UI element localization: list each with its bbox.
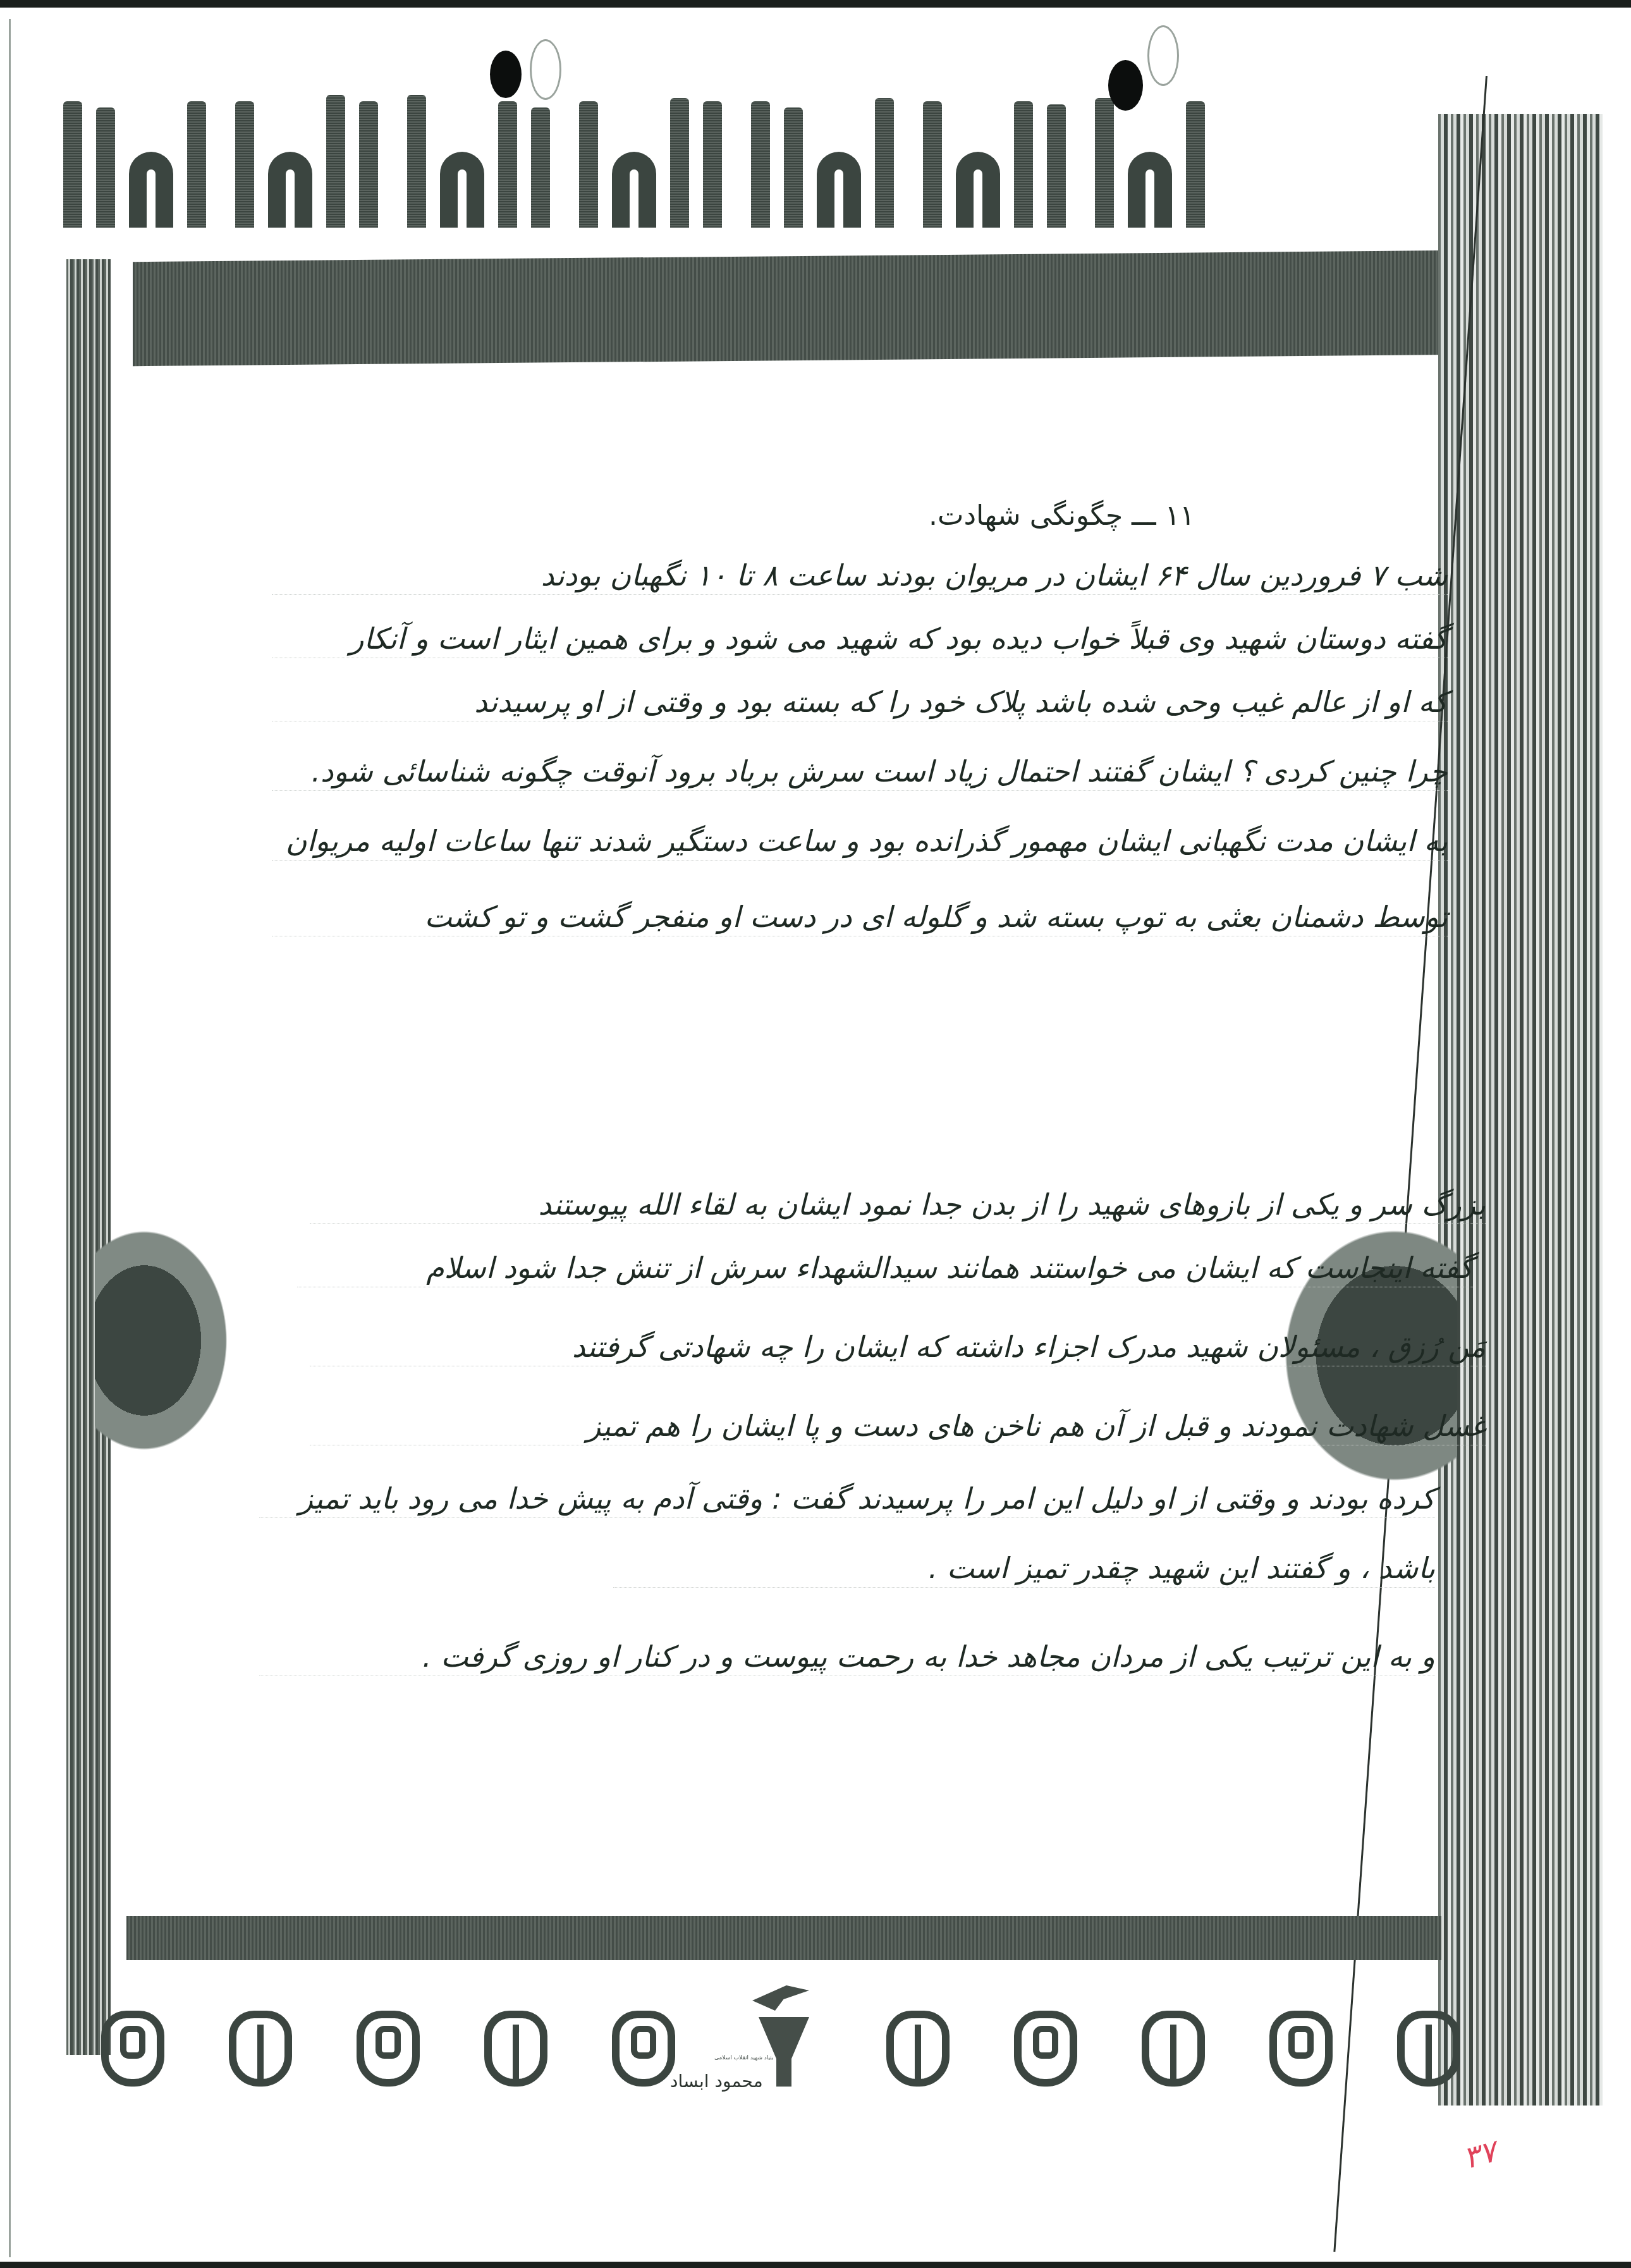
- scan-margin-line: [9, 19, 11, 2257]
- frame-bottom-band: [126, 1916, 1441, 1960]
- tulip-cup-icon: [759, 2017, 809, 2087]
- text-line: بزرگ سر و یکی از بازوهای شهید را از بدن …: [310, 1186, 1486, 1224]
- punch-hole: [1108, 60, 1143, 111]
- text-line: و به این ترتیب یکی از مردان مجاهد خدا به…: [259, 1638, 1435, 1676]
- tulip-emblem-icon: [1142, 2011, 1205, 2087]
- text-line: گفته اینجاست که ایشان می خواستند همانند …: [297, 1249, 1473, 1287]
- punch-hole: [490, 51, 522, 98]
- frieze-glyph-group: [1095, 98, 1219, 228]
- frame-top-band: [133, 250, 1460, 366]
- text-line: توسط دشمنان بعثی به توپ بسته شد و گلوله …: [272, 898, 1448, 936]
- section-heading: ۱۱ ـــ چگونگی شهادت.: [929, 500, 1195, 532]
- floral-ornament-left: [95, 1189, 259, 1492]
- scan-edge-top: [0, 0, 1631, 8]
- frieze-glyph-group: [579, 98, 736, 228]
- frieze-glyph-group: [235, 95, 392, 228]
- text-line: شب ۷ فروردین سال ۶۴ ایشان در مریوان بودن…: [272, 556, 1448, 595]
- text-line: کرده بودند و وقتی از او دلیل این امر را …: [259, 1480, 1435, 1518]
- logo-caption: بنیاد شهید انقلاب اسلامی: [714, 2055, 774, 2061]
- frieze-glyph-group: [751, 98, 908, 228]
- footer-emblem-row: بنیاد شهید انقلاب اسلامی: [101, 1992, 1460, 2087]
- punch-hole-outline: [1147, 25, 1179, 86]
- tulip-emblem-icon: [484, 2011, 547, 2087]
- text-line: مَن رُزق ، مسئولان شهید مدرک اجزاء داشته…: [310, 1328, 1486, 1366]
- fist-emblem-icon: [357, 2011, 420, 2087]
- tulip-emblem-icon: [1397, 2011, 1460, 2087]
- fist-emblem-icon: [101, 2011, 164, 2087]
- fist-emblem-icon: [612, 2011, 675, 2087]
- designer-signature: محمود ابساد: [670, 2071, 763, 2092]
- tulip-emblem-icon: [886, 2011, 950, 2087]
- frieze-glyph-group: [407, 95, 564, 228]
- punch-hole-outline: [530, 39, 561, 100]
- text-line: غسل شهادت نمودند و قبل از آن هم ناخن های…: [310, 1407, 1486, 1445]
- red-page-annotation: ۳۷: [1460, 2133, 1500, 2176]
- dove-icon: [752, 1985, 809, 2011]
- fist-emblem-icon: [1269, 2011, 1333, 2087]
- frieze-glyph-group: [63, 101, 220, 228]
- text-line: به ایشان مدت نگهبانی ایشان مهمور گذرانده…: [272, 822, 1448, 861]
- header-calligraphy-frieze: [63, 63, 1511, 228]
- tulip-emblem-icon: [229, 2011, 292, 2087]
- text-line: چرا چنین کردی ؟ ایشان گفتند احتمال زیاد …: [272, 752, 1448, 791]
- frame-left-border: [66, 259, 111, 2055]
- scan-edge-bottom: [0, 2262, 1631, 2268]
- text-line: گفته دوستان شهید وی قبلاً خواب دیده بود …: [272, 620, 1448, 658]
- text-line: باشد ، و گفتند این شهید چقدر تمیز است .: [613, 1549, 1435, 1588]
- frieze-glyph-group: [923, 101, 1080, 228]
- fist-emblem-icon: [1014, 2011, 1077, 2087]
- text-line: که او از عالم غیب وحی شده باشد پلاک خود …: [272, 683, 1448, 721]
